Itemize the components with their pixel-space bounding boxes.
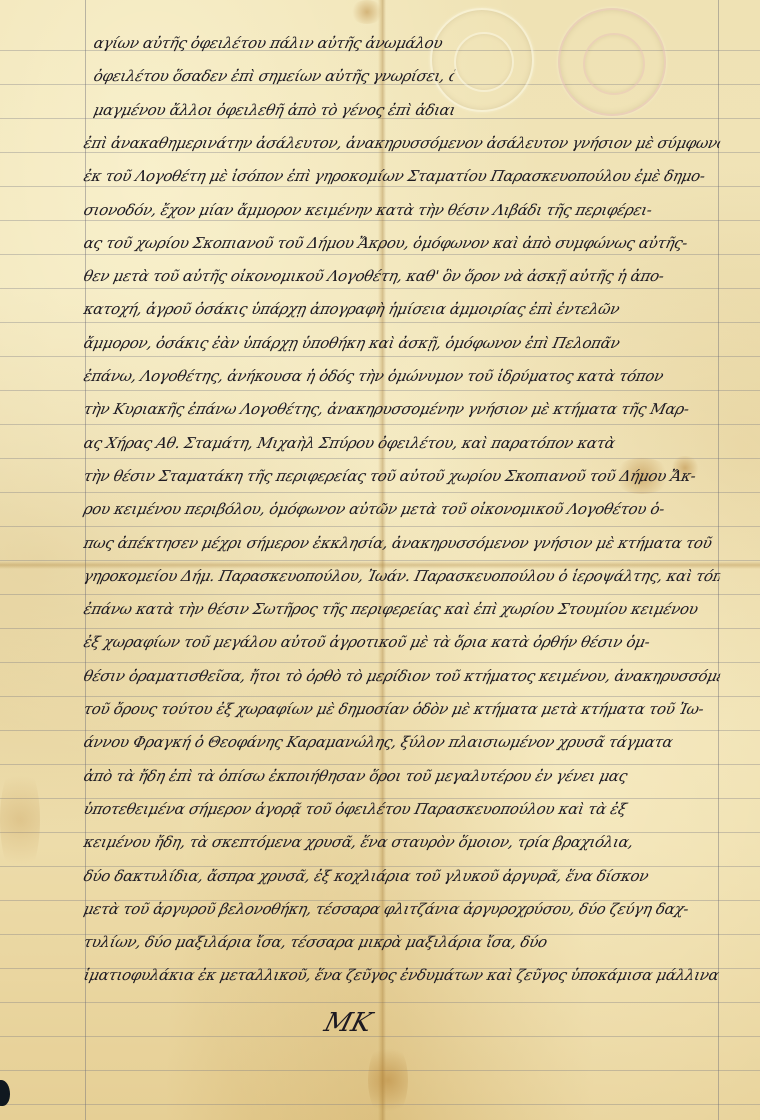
handwritten-line: ἐξ χωραφίων τοῦ μεγάλου αὐτοῦ ἀγροτικοῦ … [82, 633, 722, 651]
handwritten-line: θέσιν ὁραματισθεῖσα, ἤτοι τὸ ὀρθὸ τὸ μερ… [82, 667, 722, 685]
handwritten-line: σιονοδόν, ἔχον μίαν ἄμμορον κειμένην κατ… [82, 201, 722, 219]
handwritten-line: γηροκομείου Δήμ. Παρασκευοπούλου, Ἰωάν. … [82, 567, 722, 585]
signature: ΜΚ [321, 1008, 375, 1038]
handwritten-line: τὴν θέσιν Σταματάκη τῆς περιφερείας τοῦ … [82, 467, 722, 485]
manuscript-page: αγίων αὐτῆς ὀφειλέτου πάλιν αὐτῆς ἀνωμάλ… [0, 0, 760, 1120]
handwritten-line: ὑποτεθειμένα σήμερον ἀγορᾷ τοῦ ὀφειλέτου… [82, 800, 722, 818]
handwritten-line: ἱματιοφυλάκια ἐκ μεταλλικοῦ, ἕνα ζεῦγος … [82, 966, 722, 984]
handwritten-line: ἐπὶ ἀνακαθημερινάτην ἀσάλευτον, ἀνακηρυσ… [82, 134, 722, 152]
ink-blot [0, 1080, 10, 1106]
eagle-emblem-icon [583, 33, 645, 95]
handwritten-line: τὴν Κυριακῆς ἐπάνω Λογοθέτης, ἀνακηρυσσο… [82, 400, 722, 418]
handwritten-line: ας τοῦ χωρίου Σκοπιανοῦ τοῦ Δήμου Ἄκρου,… [82, 234, 722, 252]
handwritten-line: θεν μετὰ τοῦ αὐτῆς οἰκονομικοῦ Λογοθέτη,… [82, 267, 722, 285]
handwritten-line: άννου Φραγκή ὁ Θεοφάνης Καραμανώλης, ξύλ… [82, 733, 722, 751]
handwritten-line: κειμένου ἤδη, τὰ σκεπτόμενα χρυσᾶ, ἕνα σ… [82, 833, 722, 851]
handwritten-line: μετὰ τοῦ ἀργυροῦ βελονοθήκη, τέσσαρα φλι… [82, 900, 722, 918]
handwritten-line: ἐπάνω, Λογοθέτης, ἀνήκουσα ἡ ὁδός τὴν ὁμ… [82, 367, 722, 385]
embossed-seal-right [558, 8, 666, 116]
handwritten-line: ἐπάνω κατὰ τὴν θέσιν Σωτῆρος τῆς περιφερ… [82, 600, 722, 618]
handwritten-line: μαγμένου ἄλλοι ὀφειλεθῆ ἀπὸ τὸ γένος ἐπὶ… [92, 101, 456, 119]
handwritten-line: αγίων αὐτῆς ὀφειλέτου πάλιν αὐτῆς ἀνωμάλ… [92, 34, 456, 52]
stain [368, 1040, 408, 1120]
handwritten-line: ρου κειμένου περιβόλου, ὁμόφωνον αὐτῶν μ… [82, 500, 722, 518]
stain [350, 0, 384, 24]
seal-emblem-icon [454, 32, 514, 92]
embossed-seal-left [430, 8, 534, 112]
handwritten-line: ὀφειλέτου ὅσαδεν ἐπὶ σημείων αὐτῆς γνωρί… [92, 67, 456, 85]
handwritten-line: ἐκ τοῦ Λογοθέτη μὲ ἰσόπον ἐπὶ γηροκομίων… [82, 167, 722, 185]
handwritten-line: δύο δακτυλίδια, ἄσπρα χρυσᾶ, ἐξ κοχλιάρι… [82, 867, 722, 885]
handwritten-line: κατοχή, ἀγροῦ ὀσάκις ὑπάρχῃ ἀπογραφὴ ἡμί… [82, 300, 722, 318]
handwritten-line: τυλίων, δύο μαξιλάρια ἴσα, τέσσαρα μικρὰ… [82, 933, 722, 951]
handwritten-line: πως ἀπέκτησεν μέχρι σήμερον ἐκκλησία, ἀν… [82, 534, 722, 552]
handwritten-line: ας Χήρας Αθ. Σταμάτη, Μιχαὴλ Σπύρου ὀφει… [82, 434, 722, 452]
stain [0, 760, 40, 880]
handwritten-line: ἄμμορον, ὀσάκις ἐὰν ὑπάρχῃ ὑποθήκη καὶ ἀ… [82, 334, 722, 352]
handwritten-line: ἀπὸ τὰ ἤδη ἐπὶ τὰ ὀπίσω ἐκποιήθησαν ὅροι… [82, 767, 722, 785]
handwritten-line: τοῦ ὄρους τούτου ἐξ χωραφίων μὲ δημοσίαν… [82, 700, 722, 718]
